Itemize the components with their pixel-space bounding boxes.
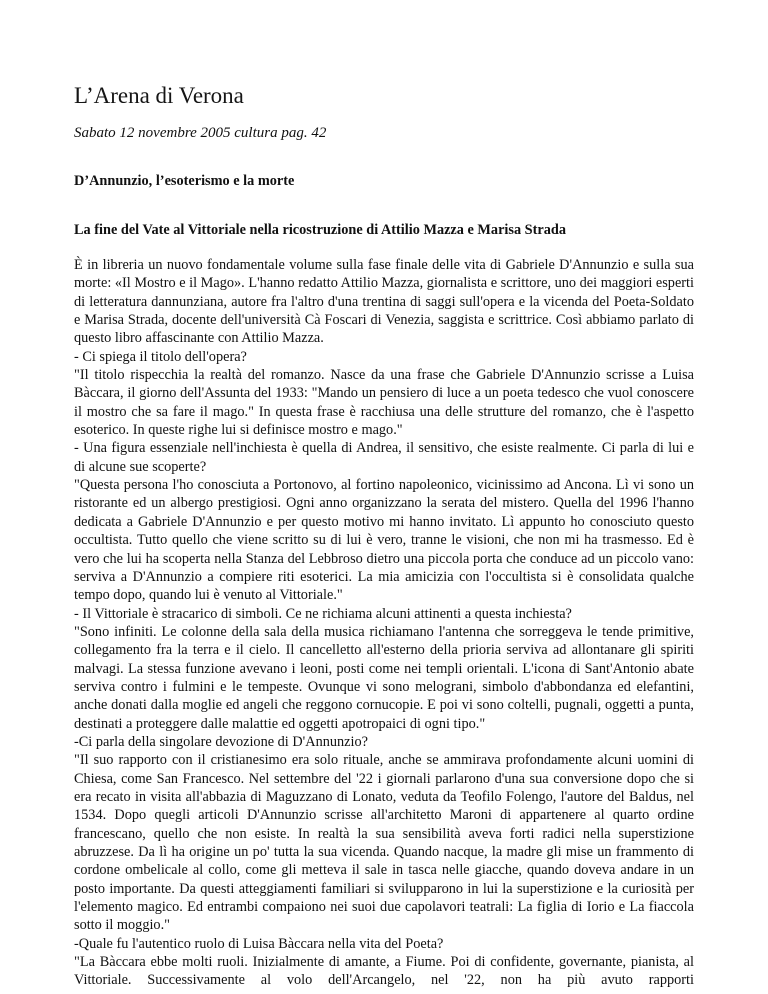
answer-5: "La Bàccara ebbe molti ruoli. Inizialmen… (74, 953, 694, 990)
answer-1: "Il titolo rispecchia la realtà del roma… (74, 366, 694, 439)
question-5: -Quale fu l'autentico ruolo di Luisa Bàc… (74, 935, 694, 953)
article-body: È in libreria un nuovo fondamentale volu… (74, 256, 694, 990)
question-3: - Il Vittoriale è stracarico di simboli.… (74, 605, 694, 623)
article-headline: D’Annunzio, l’esoterismo e la morte (74, 172, 294, 190)
answer-4: "Il suo rapporto con il cristianesimo er… (74, 751, 694, 934)
answer-2: "Questa persona l'ho conosciuta a Porton… (74, 476, 694, 604)
answer-3: "Sono infiniti. Le colonne della sala de… (74, 623, 694, 733)
dateline: Sabato 12 novembre 2005 cultura pag. 42 (74, 124, 326, 142)
question-4: -Ci parla della singolare devozione di D… (74, 733, 694, 751)
newspaper-name: L’Arena di Verona (74, 82, 244, 110)
question-2: - Una figura essenziale nell'inchiesta è… (74, 439, 694, 476)
question-1: - Ci spiega il titolo dell'opera? (74, 348, 694, 366)
paragraph-intro: È in libreria un nuovo fondamentale volu… (74, 256, 694, 348)
article-subheadline: La fine del Vate al Vittoriale nella ric… (74, 221, 566, 239)
